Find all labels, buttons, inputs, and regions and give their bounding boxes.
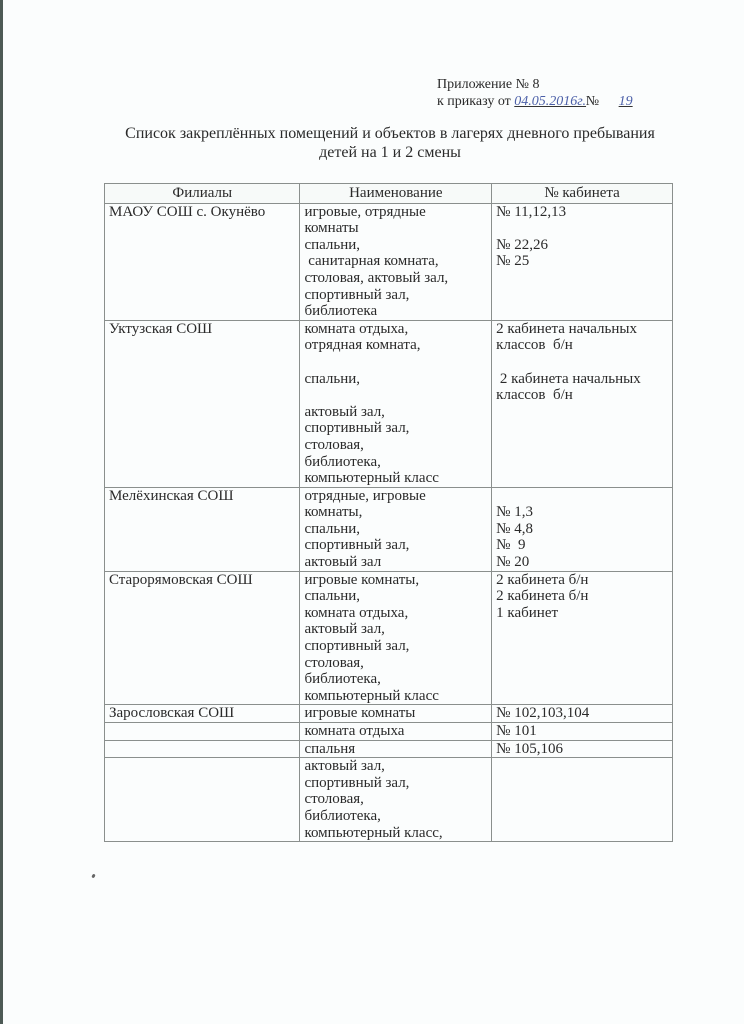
- order-reference: к приказу от 04.05.2016г. № 19: [437, 93, 649, 110]
- rooms-cell: игровые, отрядныекомнатыспальни, санитар…: [300, 203, 492, 320]
- table-row: комната отдыха№ 101: [105, 723, 673, 741]
- room-number: [496, 220, 668, 237]
- room-number: № 102,103,104: [496, 705, 668, 722]
- room-numbers-cell: № 102,103,104: [492, 705, 673, 723]
- room-name: спортивный зал,: [304, 775, 487, 792]
- room-name: комната отдыха: [304, 723, 487, 740]
- order-number-label: №: [586, 94, 599, 109]
- room-name: комнаты: [304, 220, 487, 237]
- table-row: Уктузская СОШкомната отдыха,отрядная ком…: [105, 320, 673, 487]
- room-name: спальни,: [304, 371, 487, 388]
- room-name: игровые комнаты: [304, 705, 487, 722]
- room-name: спортивный зал,: [304, 420, 487, 437]
- header-room-number: № кабинета: [492, 184, 673, 204]
- room-number: № 25: [496, 253, 668, 270]
- room-name: столовая,: [304, 655, 487, 672]
- order-number: 19: [603, 93, 649, 110]
- room-number: № 20: [496, 554, 668, 571]
- room-name: игровые комнаты,: [304, 572, 487, 589]
- room-number: классов б/н: [496, 387, 668, 404]
- room-number: № 1,3: [496, 504, 668, 521]
- room-name: игровые, отрядные: [304, 204, 487, 221]
- title-line-1: Список закреплённых помещений и объектов…: [100, 124, 680, 143]
- room-name: спортивный зал,: [304, 638, 487, 655]
- room-name: компьютерный класс: [304, 470, 487, 487]
- table-row: Зарословская СОШигровые комнаты№ 102,103…: [105, 705, 673, 723]
- appendix-number: Приложение № 8: [437, 76, 649, 93]
- room-number: № 9: [496, 537, 668, 554]
- room-name: спальни,: [304, 521, 487, 538]
- room-name: компьютерный класс,: [304, 825, 487, 842]
- table-row: МАОУ СОШ с. Окунёвоигровые, отрядныекомн…: [105, 203, 673, 320]
- room-name: актовый зал,: [304, 404, 487, 421]
- table-row: актовый зал,спортивный зал,столовая,библ…: [105, 758, 673, 842]
- order-prefix: к приказу от: [437, 94, 511, 109]
- room-name: компьютерный класс: [304, 688, 487, 705]
- room-numbers-cell: 2 кабинета б/н2 кабинета б/н1 кабинет: [492, 571, 673, 705]
- room-number: 2 кабинета б/н: [496, 572, 668, 589]
- room-name: актовый зал: [304, 554, 487, 571]
- room-numbers-cell: [492, 758, 673, 842]
- room-name: спортивный зал,: [304, 537, 487, 554]
- room-numbers-cell: № 1,3№ 4,8№ 9№ 20: [492, 487, 673, 571]
- room-name: библиотека,: [304, 671, 487, 688]
- branch-cell: Зарословская СОШ: [105, 705, 300, 723]
- room-number: № 101: [496, 723, 668, 740]
- room-number: классов б/н: [496, 337, 668, 354]
- order-date: 04.05.2016г.: [514, 93, 582, 110]
- branch-cell: Уктузская СОШ: [105, 320, 300, 487]
- room-name: спортивный зал,: [304, 287, 487, 304]
- rooms-cell: игровые комнаты: [300, 705, 492, 723]
- document-title: Список закреплённых помещений и объектов…: [100, 124, 680, 162]
- scan-edge: [0, 0, 3, 1024]
- title-line-2: детей на 1 и 2 смены: [100, 143, 680, 162]
- rooms-cell: спальня: [300, 740, 492, 758]
- room-name: столовая,: [304, 791, 487, 808]
- branch-cell: [105, 723, 300, 741]
- branch-cell: Мелёхинская СОШ: [105, 487, 300, 571]
- room-number: [496, 354, 668, 371]
- rooms-cell: комната отдыха,отрядная комната,спальни,…: [300, 320, 492, 487]
- room-number: 2 кабинета б/н: [496, 588, 668, 605]
- room-number: [496, 488, 668, 505]
- room-name: [304, 354, 487, 371]
- header-branches: Филиалы: [105, 184, 300, 204]
- room-number: № 11,12,13: [496, 204, 668, 221]
- rooms-cell: игровые комнаты,спальни,комната отдыха,а…: [300, 571, 492, 705]
- room-name: библиотека,: [304, 454, 487, 471]
- scan-speck: [91, 874, 96, 879]
- room-name: столовая,: [304, 437, 487, 454]
- branch-cell: [105, 740, 300, 758]
- room-numbers-cell: № 101: [492, 723, 673, 741]
- room-name: спальня: [304, 741, 487, 758]
- appendix-header: Приложение № 8 к приказу от 04.05.2016г.…: [437, 76, 649, 110]
- room-numbers-cell: № 11,12,13№ 22,26№ 25: [492, 203, 673, 320]
- branch-cell: МАОУ СОШ с. Окунёво: [105, 203, 300, 320]
- rooms-cell: отрядные, игровыекомнаты,спальни,спортив…: [300, 487, 492, 571]
- rooms-cell: комната отдыха: [300, 723, 492, 741]
- room-number: № 105,106: [496, 741, 668, 758]
- room-number: 2 кабинета начальных: [496, 321, 668, 338]
- room-number: 1 кабинет: [496, 605, 668, 622]
- room-name: комнаты,: [304, 504, 487, 521]
- room-name: отрядная комната,: [304, 337, 487, 354]
- room-name: спальни,: [304, 588, 487, 605]
- room-name: актовый зал,: [304, 758, 487, 775]
- room-number: 2 кабинета начальных: [496, 371, 668, 388]
- room-name: отрядные, игровые: [304, 488, 487, 505]
- room-name: столовая, актовый зал,: [304, 270, 487, 287]
- rooms-table: Филиалы Наименование № кабинета МАОУ СОШ…: [104, 183, 673, 842]
- header-name: Наименование: [300, 184, 492, 204]
- table-row: Старорямовская СОШигровые комнаты,спальн…: [105, 571, 673, 705]
- room-name: библиотека,: [304, 808, 487, 825]
- room-name: комната отдыха,: [304, 605, 487, 622]
- room-name: [304, 387, 487, 404]
- room-name: санитарная комната,: [304, 253, 487, 270]
- branch-cell: [105, 758, 300, 842]
- room-numbers-cell: № 105,106: [492, 740, 673, 758]
- room-name: библиотека: [304, 303, 487, 320]
- room-number: № 22,26: [496, 237, 668, 254]
- room-name: актовый зал,: [304, 621, 487, 638]
- rooms-cell: актовый зал,спортивный зал,столовая,библ…: [300, 758, 492, 842]
- branch-cell: Старорямовская СОШ: [105, 571, 300, 705]
- room-number: № 4,8: [496, 521, 668, 538]
- room-name: комната отдыха,: [304, 321, 487, 338]
- room-numbers-cell: 2 кабинета начальныхклассов б/н 2 кабине…: [492, 320, 673, 487]
- table-header-row: Филиалы Наименование № кабинета: [105, 184, 673, 204]
- table-row: Мелёхинская СОШотрядные, игровыекомнаты,…: [105, 487, 673, 571]
- room-name: спальни,: [304, 237, 487, 254]
- table-row: спальня№ 105,106: [105, 740, 673, 758]
